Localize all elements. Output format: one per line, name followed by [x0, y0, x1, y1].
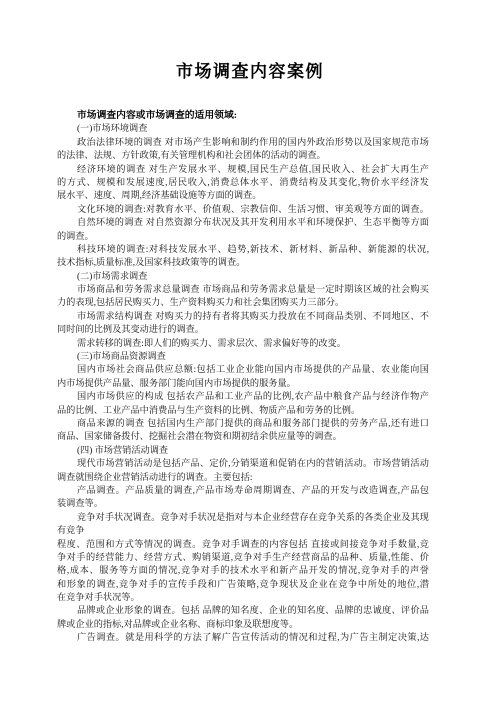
text-line: 经济环境的调查 对生产发展水平、规模,国民生产总值,国民收入、社会扩大再生产 [57, 163, 429, 176]
text-lines: (一)市场环境调查政治法律环境的调查 对市场产生影响和制约作用的国内外政治形势以… [57, 122, 429, 644]
text-line: 科技环境的调查:对科技发展水平、趋势,新技术、新材料、新品种、新能源的状况, [57, 243, 429, 256]
text-line: 商品来源的调查 包括国内生产部门提供的商品和服务部门提供的劳务产品,还有进口 [57, 417, 429, 430]
text-line: 展水平、速度、周期,经济基础设施等方面的调查。 [57, 189, 429, 202]
text-line: 商品、国家储备拨付、挖掘社会潜在物资和期初结余供应量等的调查。 [57, 430, 429, 443]
text-line: 和形象的调查,竞争对手的宣传手段和广告策略,竞争现状及企业在竞争中所处的地位,潜 [57, 578, 429, 591]
text-line: 牌或企业的指标,对品牌或企业名称、商标印象及联想度等。 [57, 618, 429, 631]
text-line: 市场需求结构调查 对购买力的持有者将其购买力投放在不同商品类别、不同地区、不 [57, 310, 429, 323]
section-heading: 市场调查内容或市场调查的适用领域: [57, 109, 429, 122]
text-line: 文化环境的调查:对教育水平、价值观、宗教信仰、生活习惯、审美观等方面的调查。 [57, 203, 429, 216]
text-line: (一)市场环境调查 [57, 122, 429, 135]
document-page: 市场调查内容案例 市场调查内容或市场调查的适用领域: (一)市场环境调查政治法律… [0, 0, 500, 707]
text-line: 竞争对手状况调查。竞争对手状况是指对与本企业经营存在竞争关系的各类企业及其现 [57, 511, 429, 524]
text-line: 力的表现,包括居民购买力、生产资料购买力和社会集团购买力三部分。 [57, 296, 429, 309]
text-line: (二)市场需求调查 [57, 270, 429, 283]
text-line: 同时间的比例及其变动进行的调查。 [57, 323, 429, 336]
text-line: (四) 市场营销活动调查 [57, 444, 429, 457]
text-line: 产品调查。产品质量的调查,产品市场寿命周期调查、产品的开发与改造调查,产品包 [57, 484, 429, 497]
text-line: 政治法律环境的调查 对市场产生影响和制约作用的国内外政治形势以及国家规范市场 [57, 136, 429, 149]
text-line: 调查就围绕企业营销活动进行的调查。主要包括: [57, 471, 429, 484]
text-line: 有竞争 [57, 524, 429, 537]
text-line: 品的比例、工业产品中消费品与生产资料的比例、物质产品和劳务的比例。 [57, 404, 429, 417]
text-line: 在竞争对手状况等。 [57, 591, 429, 604]
text-line: 品牌或企业形象的调查。包括 品牌的知名度、企业的知名度、品牌的忠诚度、评价品 [57, 604, 429, 617]
text-line: 技术指标,质量标准,及国家科技政策等的调查。 [57, 256, 429, 269]
text-line: 的方式、规模和发展速度,居民收入,消费总体水平、消费结构及其变化,物价水平经济发 [57, 176, 429, 189]
text-line: 程度、范围和方式等情况的调查。竞争对手调查的内容包括 直接或间接竞争对手数量,竞 [57, 538, 429, 551]
text-line: 装调查等。 [57, 497, 429, 510]
document-title: 市场调查内容案例 [0, 57, 500, 82]
text-line: 需求转移的调查:即人们的购买力、需求层次、需求偏好等的改变。 [57, 337, 429, 350]
text-line: 国内市场供应的构成 包括农产品和工业产品的比例,农产品中粮食产品与经济作物产 [57, 390, 429, 403]
document-body: 市场调查内容或市场调查的适用领域: (一)市场环境调查政治法律环境的调查 对市场… [57, 109, 429, 645]
text-line: 的调查。 [57, 230, 429, 243]
text-line: 广告调查。就是用科学的方法了解广告宣传活动的情况和过程,为广告主制定决策,达 [57, 631, 429, 644]
text-line: (三)市场商品资源调查 [57, 350, 429, 363]
text-line: 争对手的经营能力、经营方式、购销渠道,竞争对手生产经营商品的品种、质量,性能、价 [57, 551, 429, 564]
text-line: 市场商品和劳务需求总量调查 市场商品和劳务需求总量是一定时期该区域的社会购买 [57, 283, 429, 296]
text-line: 内市场提供产品量、服务部门能向国内市场提供的服务量。 [57, 377, 429, 390]
text-line: 自然环境的调查 对自然资源分布状况及其开发利用水平和环境保护、生态平衡等方面 [57, 216, 429, 229]
text-line: 现代市场营销活动是包括产品、定价,分销渠道和促销在内的营销活动。市场营销活动 [57, 457, 429, 470]
text-line: 国内市场社会商品供应总额:包括工业企业能向国内市场提供的产品量、农业能向国 [57, 363, 429, 376]
text-line: 的法律、法规、方针政策,有关管理机构和社会团体的活动的调查。 [57, 149, 429, 162]
text-line: 格,成本、服务等方面的情况,竞争对手的技术水平和新产品开发的情况,竞争对手的声誉 [57, 564, 429, 577]
